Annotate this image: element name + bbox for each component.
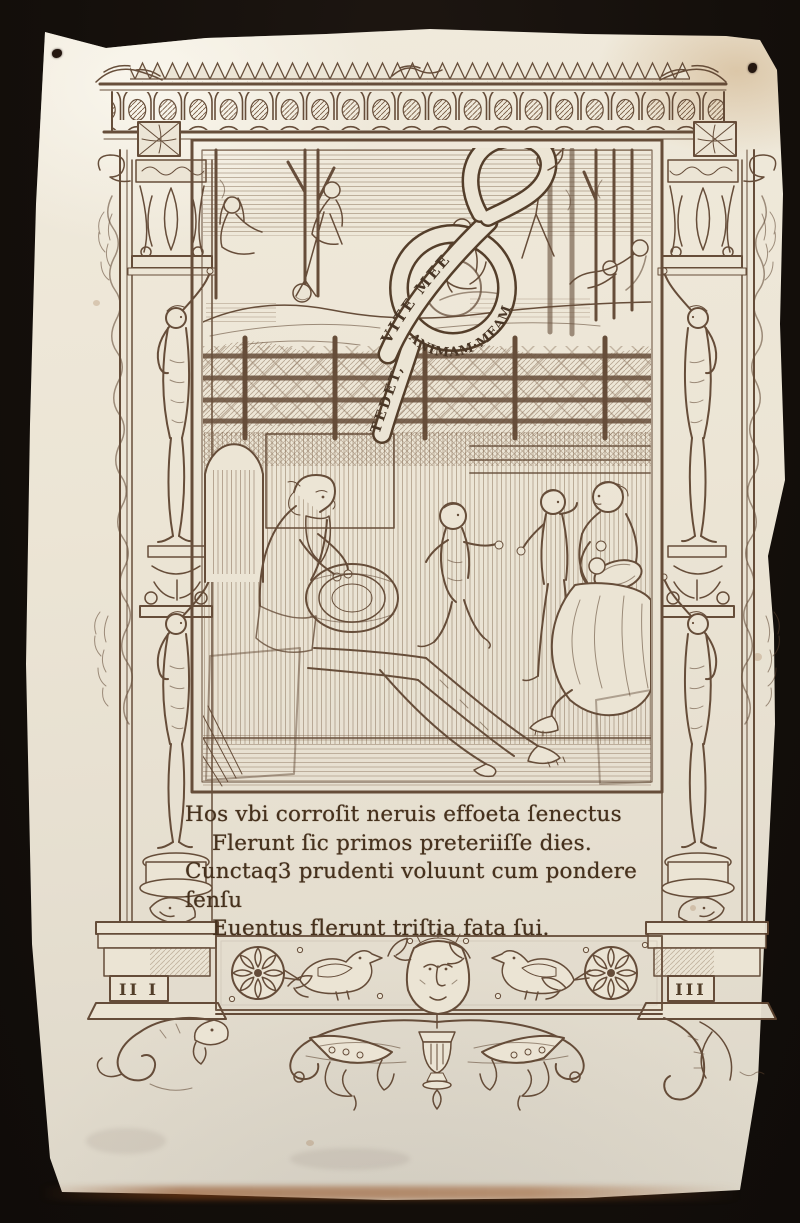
skirt [552,583,651,715]
acanthus-leaves [664,1018,732,1100]
crest-ornament [96,60,726,90]
pendant-urn [419,1032,455,1109]
photo-background: TEDET, ANIMAM·MEAM VITE MEE II I [0,0,800,1223]
pendant-scroll [290,1020,437,1110]
verse-line: Hos vbi corroſit neruis effoeta ſenectus [185,801,655,830]
verse-line: Flerunt ſic primos preteriiſſe dies. [185,830,655,859]
figures-reclining [570,240,648,290]
dolphin-grotesque [97,1018,228,1090]
rosette-flower [585,947,637,999]
pendant-scroll [437,1020,584,1110]
arcade-ornament [104,92,726,139]
verse-line: Cunctaq3 prudenti voluunt cum pondere ſe… [185,858,655,915]
bird-ornament [492,951,590,1000]
pendant-ornament [97,1014,764,1110]
plinth-mark-right: III [675,980,706,999]
right-caryatid-border [658,122,779,928]
pen-squiggle [740,1072,764,1076]
bird-ornament [284,951,382,1000]
rosette-flower [232,947,284,999]
hut-scene [190,338,651,790]
floor [203,732,651,790]
zigzag-band [130,60,690,82]
verse-block: Hos vbi corroſit neruis effoeta ſenectus… [185,801,655,944]
plinth-mark-left: II I [119,980,159,999]
garland-cluster [95,212,112,706]
verse-line: Euentus flerunt triſtia fata ſui. [185,915,655,944]
woodcut-print: TEDET, ANIMAM·MEAM VITE MEE II I [0,0,800,1223]
